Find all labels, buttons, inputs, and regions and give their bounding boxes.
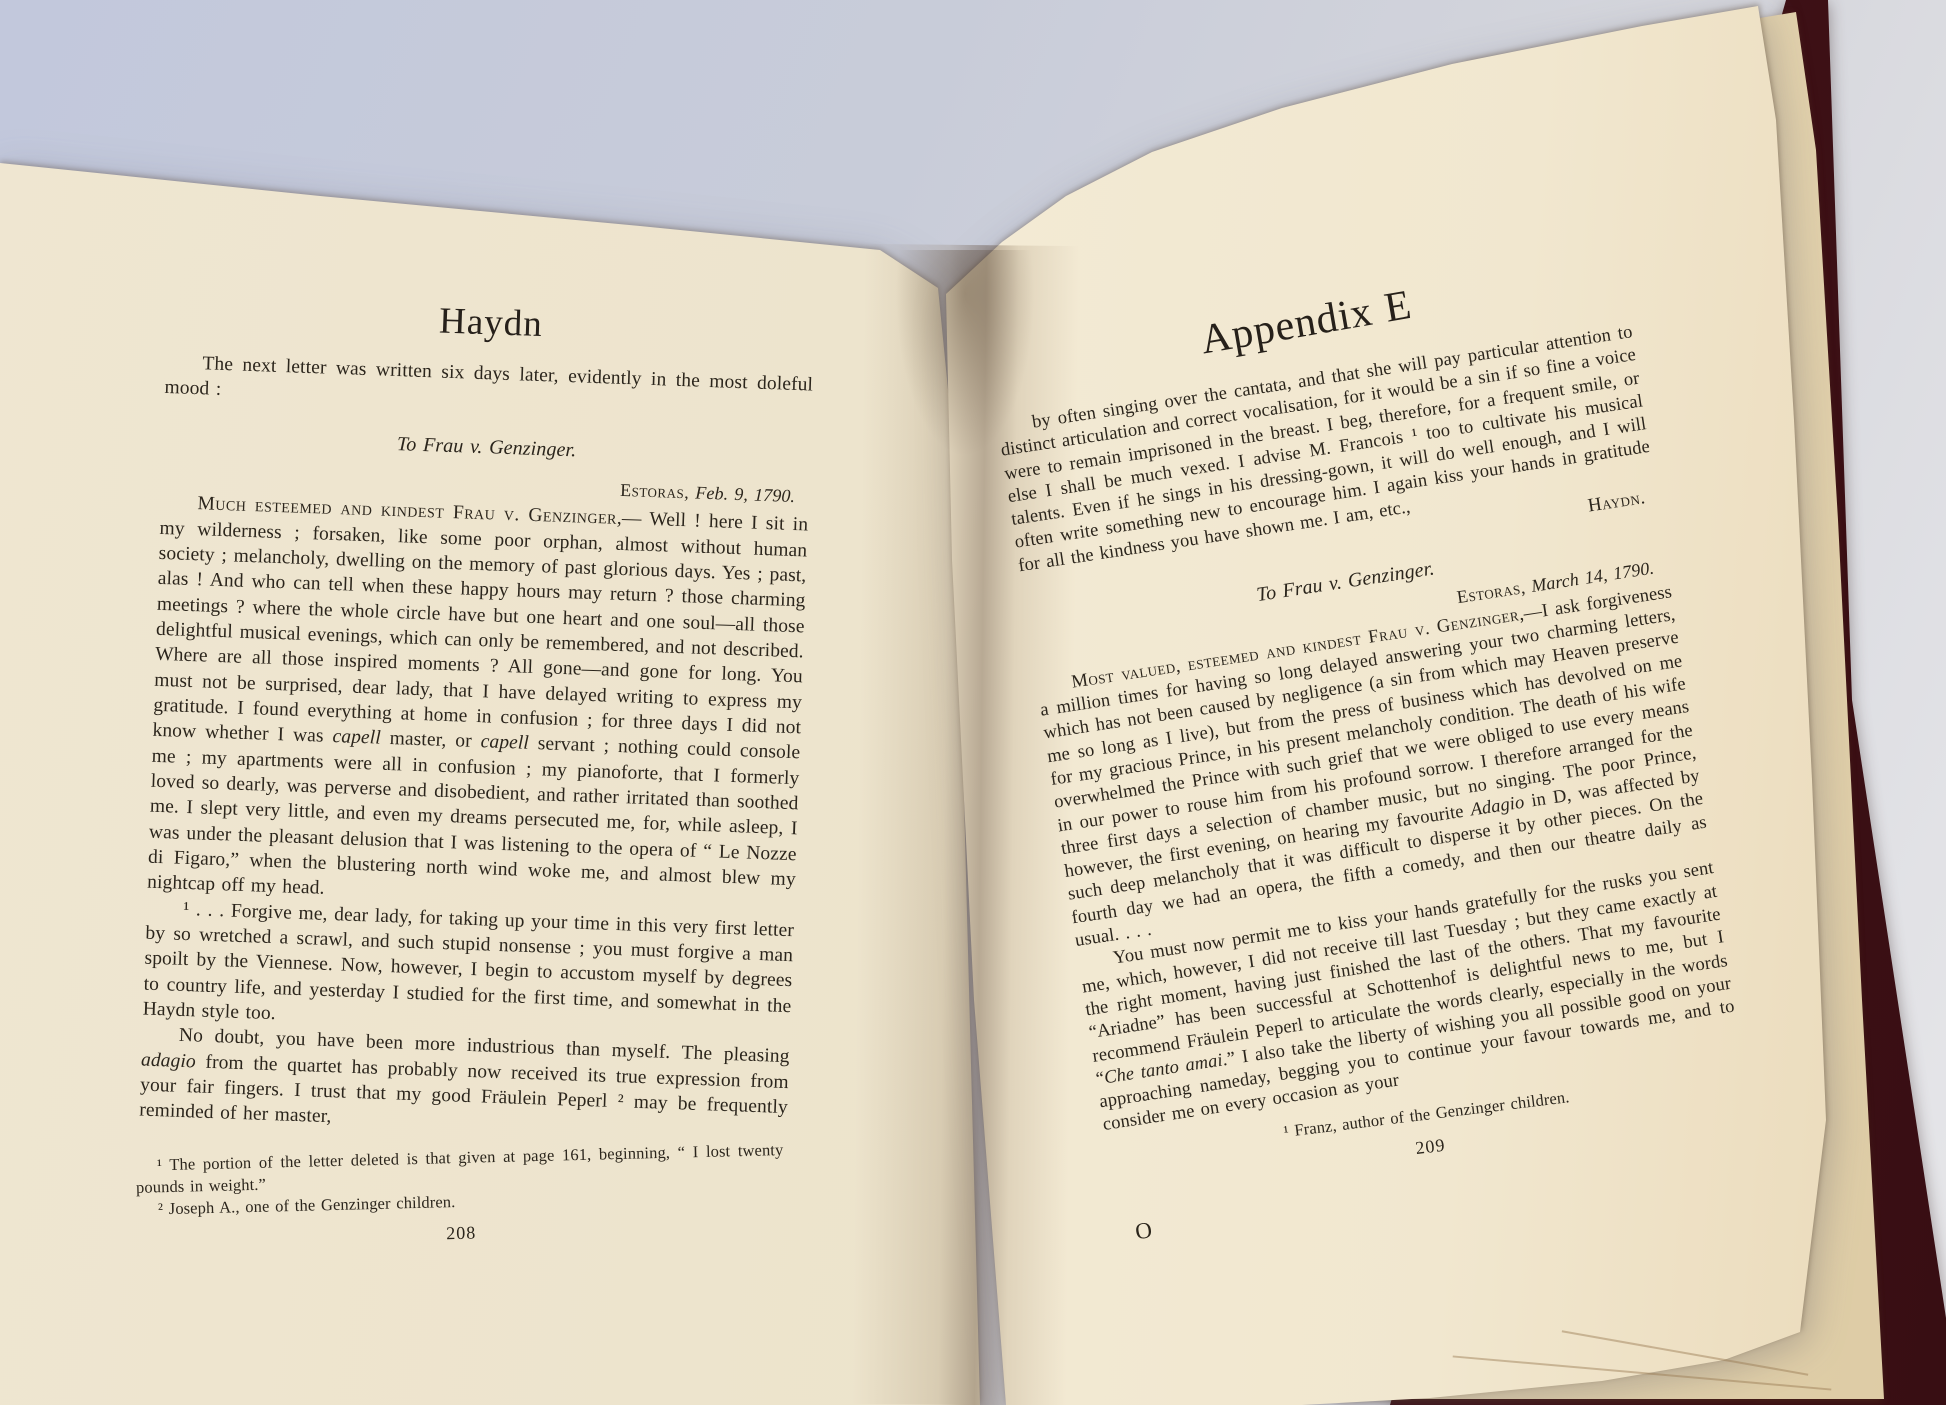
dateline-place: Estoras, [1456,577,1527,607]
letter-paragraph: ¹ . . . Forgive me, dear lady, for takin… [142,895,794,1044]
letter-paragraph: Much esteemed and kindest Frau v. Genzin… [147,490,809,918]
left-page-content: Haydn The next letter was written six da… [135,288,816,1260]
left-footnotes: ¹ The portion of the letter deleted is t… [135,1139,785,1253]
dateline-date: Feb. 9, 1790. [695,482,795,505]
left-page-number: 208 [137,1214,785,1253]
dateline-place: Estoras, [620,480,690,502]
letter-paragraph: No doubt, you have been more industrious… [139,1022,790,1146]
left-salutation: To Frau v. Genzinger. [162,423,811,472]
book-photo-scene: Haydn The next letter was written six da… [0,0,1946,1405]
right-page-content: Appendix E by often singing over the can… [985,249,1750,1205]
intro-paragraph: The next letter was written six days lat… [164,350,813,423]
